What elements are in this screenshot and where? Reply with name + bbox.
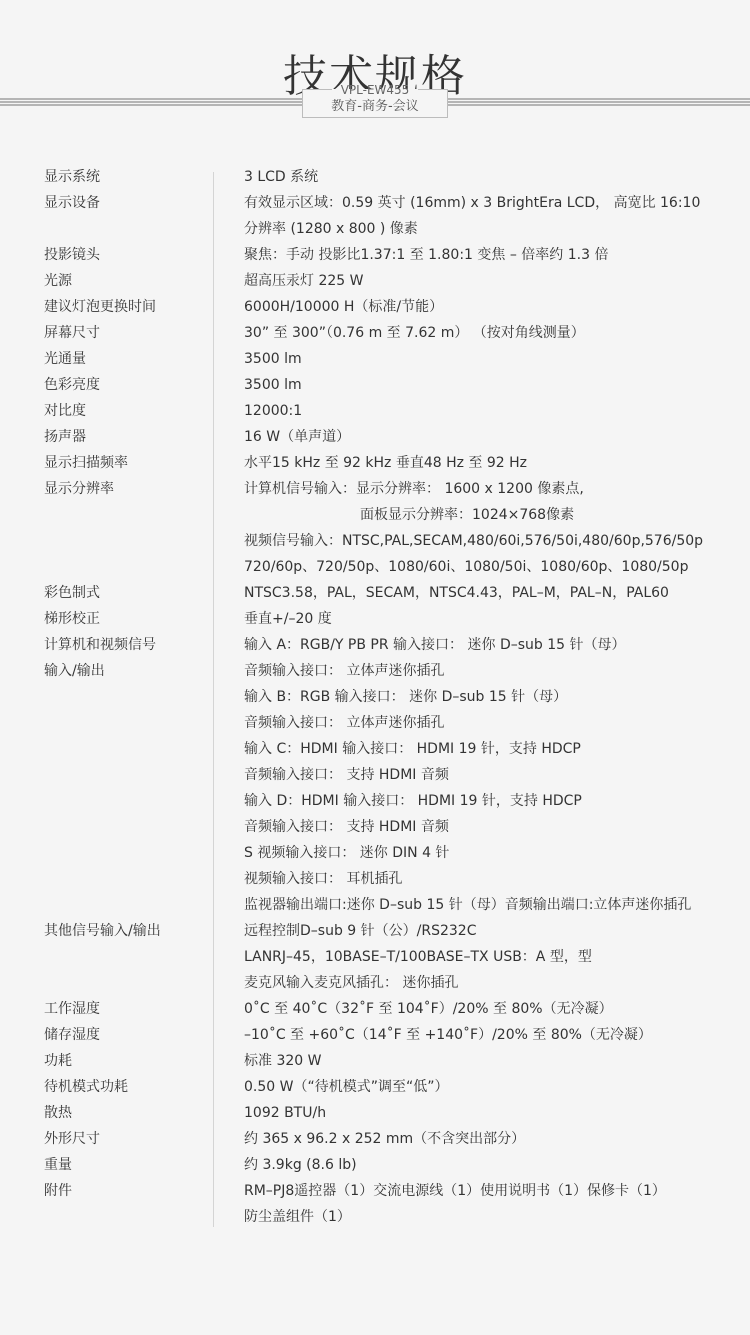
spec-label: 附件 [44, 1178, 72, 1204]
spec-value: 约 365 x 96.2 x 252 mm（不含突出部分） [244, 1126, 525, 1152]
spec-label: 光通量 [44, 346, 86, 372]
spec-label: 建议灯泡更换时间 [44, 294, 156, 320]
spec-row: 建议灯泡更换时间6000H/10000 H（标准/节能） [0, 294, 750, 320]
spec-label: 工作湿度 [44, 996, 100, 1022]
spec-row: 其他信号输入/输出远程控制D–sub 9 针（公）/RS232C [0, 918, 750, 944]
spec-label: 色彩亮度 [44, 372, 100, 398]
spec-value: 约 3.9kg (8.6 lb) [244, 1152, 357, 1178]
spec-row: 储存湿度–10˚C 至 +60˚C（14˚F 至 +140˚F）/20% 至 8… [0, 1022, 750, 1048]
spec-value: 垂直+/–20 度 [244, 606, 332, 632]
spec-label: 散热 [44, 1100, 72, 1126]
spec-row: 附件RM–PJ8遥控器（1）交流电源线（1）使用说明书（1）保修卡（1） [0, 1178, 750, 1204]
spec-label: 显示扫描频率 [44, 450, 128, 476]
spec-row: 麦克风输入麦克风插孔： 迷你插孔 [0, 970, 750, 996]
spec-row: 720/60p、720/50p、1080/60i、1080/50i、1080/6… [0, 554, 750, 580]
spec-label: 功耗 [44, 1048, 72, 1074]
spec-label: 待机模式功耗 [44, 1074, 128, 1100]
spec-value: 视频输入接口： 耳机插孔 [244, 866, 402, 892]
spec-row: 彩色制式NTSC3.58，PAL，SECAM，NTSC4.43，PAL–M，PA… [0, 580, 750, 606]
spec-value: NTSC3.58，PAL，SECAM，NTSC4.43，PAL–M，PAL–N，… [244, 580, 669, 606]
spec-value: S 视频输入接口： 迷你 DIN 4 针 [244, 840, 449, 866]
spec-table: 显示系统3 LCD 系统显示设备有效显示区域：0.59 英寸 (16mm) x … [0, 164, 750, 1230]
spec-row: 外形尺寸约 365 x 96.2 x 252 mm（不含突出部分） [0, 1126, 750, 1152]
spec-label: 重量 [44, 1152, 72, 1178]
spec-value: 音频输入接口： 支持 HDMI 音频 [244, 814, 449, 840]
spec-value: 6000H/10000 H（标准/节能） [244, 294, 443, 320]
spec-value: 远程控制D–sub 9 针（公）/RS232C [244, 918, 476, 944]
spec-value: 聚焦：手动 投影比1.37:1 至 1.80:1 变焦 – 倍率约 1.3 倍 [244, 242, 608, 268]
spec-value: 输入 B：RGB 输入接口： 迷你 D–sub 15 针（母） [244, 684, 567, 710]
spec-label: 屏幕尺寸 [44, 320, 100, 346]
spec-value: 分辨率 (1280 x 800 ) 像素 [244, 216, 418, 242]
spec-row: 显示设备有效显示区域：0.59 英寸 (16mm) x 3 BrightEra … [0, 190, 750, 216]
spec-label: 储存湿度 [44, 1022, 100, 1048]
spec-label: 显示设备 [44, 190, 100, 216]
spec-label: 对比度 [44, 398, 86, 424]
spec-row: 对比度12000:1 [0, 398, 750, 424]
spec-label: 显示系统 [44, 164, 100, 190]
spec-value: RM–PJ8遥控器（1）交流电源线（1）使用说明书（1）保修卡（1） [244, 1178, 666, 1204]
spec-row: 面板显示分辨率：1024×768像素 [0, 502, 750, 528]
spec-row: S 视频输入接口： 迷你 DIN 4 针 [0, 840, 750, 866]
spec-label: 投影镜头 [44, 242, 100, 268]
spec-value: 有效显示区域：0.59 英寸 (16mm) x 3 BrightEra LCD，… [244, 190, 700, 216]
spec-value: 12000:1 [244, 398, 302, 424]
spec-value: 输入 D：HDMI 输入接口： HDMI 19 针，支持 HDCP [244, 788, 582, 814]
spec-row: 输入 C：HDMI 输入接口： HDMI 19 针，支持 HDCP [0, 736, 750, 762]
spec-row: 音频输入接口： 支持 HDMI 音频 [0, 762, 750, 788]
spec-row: 输入/输出音频输入接口： 立体声迷你插孔 [0, 658, 750, 684]
spec-row: 音频输入接口： 支持 HDMI 音频 [0, 814, 750, 840]
spec-label: 梯形校正 [44, 606, 100, 632]
spec-value: 面板显示分辨率：1024×768像素 [360, 502, 574, 528]
spec-value: 水平15 kHz 至 92 kHz 垂直48 Hz 至 92 Hz [244, 450, 527, 476]
spec-value: 音频输入接口： 立体声迷你插孔 [244, 710, 444, 736]
model-number: VPL-EW455 [302, 82, 448, 98]
spec-label: 计算机和视频信号 [44, 632, 156, 658]
spec-row: 计算机和视频信号输入 A：RGB/Y PB PR 输入接口： 迷你 D–sub … [0, 632, 750, 658]
spec-value: 音频输入接口： 立体声迷你插孔 [244, 658, 444, 684]
spec-value: 标准 320 W [244, 1048, 321, 1074]
spec-value: –10˚C 至 +60˚C（14˚F 至 +140˚F）/20% 至 80%（无… [244, 1022, 652, 1048]
spec-row: 显示系统3 LCD 系统 [0, 164, 750, 190]
spec-row: 显示扫描频率水平15 kHz 至 92 kHz 垂直48 Hz 至 92 Hz [0, 450, 750, 476]
spec-row: 梯形校正垂直+/–20 度 [0, 606, 750, 632]
spec-value: 720/60p、720/50p、1080/60i、1080/50i、1080/6… [244, 554, 688, 580]
spec-value: 输入 A：RGB/Y PB PR 输入接口： 迷你 D–sub 15 针（母） [244, 632, 626, 658]
spec-value: 16 W（单声道） [244, 424, 350, 450]
spec-row: 待机模式功耗0.50 W（“待机模式”调至“低”） [0, 1074, 750, 1100]
spec-value: LANRJ–45，10BASE–T/100BASE–TX USB：A 型，型 [244, 944, 592, 970]
spec-label: 彩色制式 [44, 580, 100, 606]
spec-label: 输入/输出 [44, 658, 105, 684]
spec-value: 1092 BTU/h [244, 1100, 326, 1126]
spec-value: 30” 至 300”（0.76 m 至 7.62 m） （按对角线测量） [244, 320, 585, 346]
spec-row: 光源超高压汞灯 225 W [0, 268, 750, 294]
spec-label: 光源 [44, 268, 72, 294]
spec-value: 视频信号输入：NTSC,PAL,SECAM,480/60i,576/50i,48… [244, 528, 703, 554]
spec-label: 扬声器 [44, 424, 86, 450]
spec-row: 屏幕尺寸30” 至 300”（0.76 m 至 7.62 m） （按对角线测量） [0, 320, 750, 346]
spec-value: 计算机信号输入：显示分辨率： 1600 x 1200 像素点, [244, 476, 584, 502]
spec-value: 监视器输出端口:迷你 D–sub 15 针（母）音频输出端口:立体声迷你插孔 [244, 892, 691, 918]
spec-row: 视频输入接口： 耳机插孔 [0, 866, 750, 892]
spec-value: 防尘盖组件（1） [244, 1204, 351, 1230]
spec-row: 输入 D：HDMI 输入接口： HDMI 19 针，支持 HDCP [0, 788, 750, 814]
spec-value: 3500 lm [244, 346, 302, 372]
spec-value: 0.50 W（“待机模式”调至“低”） [244, 1074, 448, 1100]
spec-row: 输入 B：RGB 输入接口： 迷你 D–sub 15 针（母） [0, 684, 750, 710]
spec-label: 显示分辨率 [44, 476, 114, 502]
spec-row: 防尘盖组件（1） [0, 1204, 750, 1230]
spec-value: 音频输入接口： 支持 HDMI 音频 [244, 762, 449, 788]
spec-row: 散热1092 BTU/h [0, 1100, 750, 1126]
spec-row: 扬声器16 W（单声道） [0, 424, 750, 450]
spec-row: 重量约 3.9kg (8.6 lb) [0, 1152, 750, 1178]
spec-row: 显示分辨率计算机信号输入：显示分辨率： 1600 x 1200 像素点, [0, 476, 750, 502]
spec-value: 3 LCD 系统 [244, 164, 318, 190]
spec-row: 监视器输出端口:迷你 D–sub 15 针（母）音频输出端口:立体声迷你插孔 [0, 892, 750, 918]
spec-row: 工作湿度0˚C 至 40˚C（32˚F 至 104˚F）/20% 至 80%（无… [0, 996, 750, 1022]
spec-row: 音频输入接口： 立体声迷你插孔 [0, 710, 750, 736]
spec-value: 3500 lm [244, 372, 302, 398]
spec-label: 外形尺寸 [44, 1126, 100, 1152]
spec-label: 其他信号输入/输出 [44, 918, 161, 944]
spec-value: 麦克风输入麦克风插孔： 迷你插孔 [244, 970, 458, 996]
spec-row: 色彩亮度3500 lm [0, 372, 750, 398]
spec-row: 功耗标准 320 W [0, 1048, 750, 1074]
model-category: 教育-商务-会议 [302, 98, 448, 116]
spec-row: 视频信号输入：NTSC,PAL,SECAM,480/60i,576/50i,48… [0, 528, 750, 554]
spec-value: 0˚C 至 40˚C（32˚F 至 104˚F）/20% 至 80%（无冷凝） [244, 996, 613, 1022]
spec-value: 输入 C：HDMI 输入接口： HDMI 19 针，支持 HDCP [244, 736, 581, 762]
spec-value: 超高压汞灯 225 W [244, 268, 363, 294]
spec-row: 投影镜头聚焦：手动 投影比1.37:1 至 1.80:1 变焦 – 倍率约 1.… [0, 242, 750, 268]
spec-row: LANRJ–45，10BASE–T/100BASE–TX USB：A 型，型 [0, 944, 750, 970]
spec-row: 分辨率 (1280 x 800 ) 像素 [0, 216, 750, 242]
spec-row: 光通量3500 lm [0, 346, 750, 372]
